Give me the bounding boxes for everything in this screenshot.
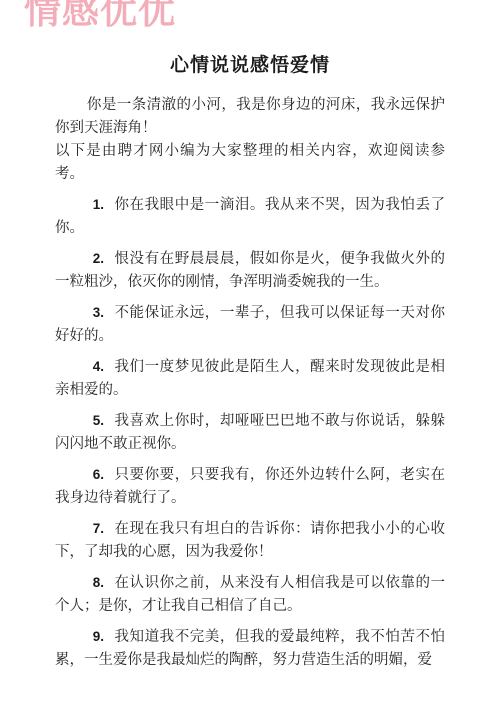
quote-item: 7.在现在我只有坦白的告诉你：请你把我小小的心收下，了却我的心愿，因为我爱你！ (55, 517, 445, 564)
watermark-logo: 情感优优 (24, 0, 176, 34)
quote-item: 2.恨没有在野晨晨晨，假如你是火，便争我做火外的一粒粗沙，依灭你的刚情，争浑明淌… (55, 247, 445, 294)
intro-paragraph-1: 你是一条清澈的小河，我是你身边的河床，我永远保护你到天涯海角！ (55, 94, 445, 140)
item-number: 7. (93, 521, 104, 536)
item-text: 不能保证永远，一辈子，但我可以保证每一天对你好好的。 (55, 305, 445, 344)
item-number: 9. (93, 629, 104, 644)
item-text: 我知道我不完美，但我的爱最纯粹，我不怕苦不怕累，一生爱你是我最灿烂的陶醉，努力营… (55, 629, 445, 668)
item-text: 恨没有在野晨晨晨，假如你是火，便争我做火外的一粒粗沙，依灭你的刚情，争浑明淌委婉… (55, 251, 445, 290)
item-text: 你在我眼中是一滴泪。我从来不哭，因为我怕丢了你。 (55, 197, 445, 236)
item-text: 我们一度梦见彼此是陌生人，醒来时发现彼此是相亲相爱的。 (55, 359, 445, 398)
item-number: 3. (93, 305, 104, 320)
quote-item: 6.只要你要，只要我有，你还外边转什么阿，老实在我身边待着就行了。 (55, 463, 445, 510)
quote-item: 4.我们一度梦见彼此是陌生人，醒来时发现彼此是相亲相爱的。 (55, 355, 445, 402)
quote-item: 1.你在我眼中是一滴泪。我从来不哭，因为我怕丢了你。 (55, 193, 445, 240)
item-number: 4. (93, 359, 104, 374)
item-number: 6. (93, 467, 104, 482)
item-text: 我喜欢上你时，却哑哑巴巴地不敢与你说话，躲躲闪闪地不敢正视你。 (55, 413, 445, 452)
document-page: 情感优优 心情说说感悟爱情 你是一条清澈的小河，我是你身边的河床，我永远保护你到… (0, 0, 500, 708)
quote-item: 5.我喜欢上你时，却哑哑巴巴地不敢与你说话，躲躲闪闪地不敢正视你。 (55, 409, 445, 456)
item-text: 只要你要，只要我有，你还外边转什么阿，老实在我身边待着就行了。 (55, 467, 445, 506)
item-number: 2. (93, 251, 104, 266)
item-number: 1. (93, 197, 104, 212)
item-text: 在认识你之前，从来没有人相信我是可以依靠的一个人；是你，才让我自己相信了自己。 (55, 575, 445, 614)
item-text: 在现在我只有坦白的告诉你：请你把我小小的心收下，了却我的心愿，因为我爱你！ (55, 521, 445, 560)
item-number: 5. (93, 413, 104, 428)
item-number: 8. (93, 575, 104, 590)
quote-item: 3.不能保证永远，一辈子，但我可以保证每一天对你好好的。 (55, 301, 445, 348)
intro-paragraph-2: 以下是由聘才网小编为大家整理的相关内容，欢迎阅读参考。 (55, 140, 445, 186)
quote-item: 8.在认识你之前，从来没有人相信我是可以依靠的一个人；是你，才让我自己相信了自己… (55, 571, 445, 618)
page-title: 心情说说感悟爱情 (55, 52, 445, 80)
quote-item: 9.我知道我不完美，但我的爱最纯粹，我不怕苦不怕累，一生爱你是我最灿烂的陶醉，努… (55, 625, 445, 672)
